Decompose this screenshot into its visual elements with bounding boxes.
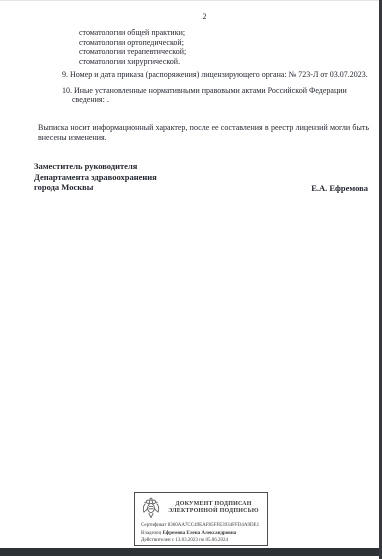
stamp-validity: Действителен с 13.03.2023 по 05.06.2024 (141, 537, 263, 545)
list-item: стоматологии хирургической. (79, 57, 186, 67)
scan-top-edge (0, 0, 382, 1)
page-number: 2 (34, 12, 375, 21)
numbered-item-9: 9. Номер и дата приказа (распоряжения) л… (62, 70, 368, 79)
russian-eagle-emblem-icon (141, 497, 161, 519)
numbered-item-10: 10. Иные установленные нормативными прав… (62, 86, 347, 105)
stamp-header: ДОКУМЕНТ ПОДПИСАН ЭЛЕКТРОННОЙ ПОДПИСЬЮ (135, 493, 267, 519)
numbered-item-10-line2: сведения: . (62, 95, 347, 105)
list-item: стоматологии терапевтической; (79, 47, 186, 57)
scanned-document-page: 2 стоматологии общей практики; стоматоло… (0, 0, 382, 559)
specialty-list: стоматологии общей практики; стоматологи… (79, 28, 186, 66)
signer-position-line: Департамента здравоохранения (34, 172, 157, 183)
stamp-owner-name: Ефремова Елена Александровна (162, 531, 236, 536)
list-item: стоматологии ортопедической; (79, 38, 186, 48)
signer-position-line: Заместитель руководителя (34, 161, 157, 172)
scan-bottom-bar (0, 548, 382, 556)
stamp-owner: Владелец Ефремова Елена Александровна (141, 530, 263, 538)
signer-position-block: Заместитель руководителя Департамента зд… (34, 161, 157, 193)
stamp-title-line1: ДОКУМЕНТ ПОДПИСАН (175, 501, 251, 507)
informational-note: Выписка носит информационный характер, п… (38, 123, 369, 142)
stamp-title-line2: ЭЛЕКТРОННОЙ ПОДПИСЬЮ (168, 508, 259, 514)
electronic-signature-stamp: ДОКУМЕНТ ПОДПИСАН ЭЛЕКТРОННОЙ ПОДПИСЬЮ С… (134, 492, 268, 546)
stamp-certificate: Сертификат 8360AA7CC49EAF85FFE3934FFD4A9… (141, 522, 263, 530)
stamp-owner-label: Владелец (141, 531, 161, 536)
numbered-item-10-line1: 10. Иные установленные нормативными прав… (62, 86, 347, 96)
list-item: стоматологии общей практики; (79, 28, 186, 38)
signer-position-line: города Москвы (34, 182, 157, 193)
stamp-details: Сертификат 8360AA7CC49EAF85FFE3934FFD4A9… (135, 519, 267, 545)
stamp-title: ДОКУМЕНТ ПОДПИСАН ЭЛЕКТРОННОЙ ПОДПИСЬЮ (165, 501, 262, 516)
signer-name: Е.А. Ефремова (311, 183, 368, 193)
